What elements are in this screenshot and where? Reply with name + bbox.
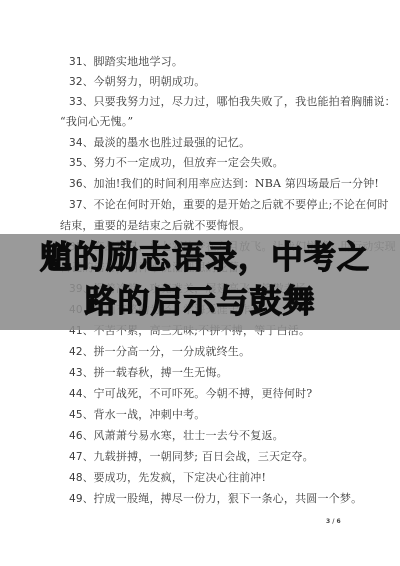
quote-item-42: 42、拼一分高一分，一分成就终生。 — [69, 345, 250, 359]
item-text: 不论在何时开始，重要的是开始之后就不要停止;不论在何时 — [93, 198, 388, 211]
quote-item-32: 32、今朝努力，明朝成功。 — [69, 75, 205, 89]
quote-item-31: 31、脚踏实地地学习。 — [69, 55, 183, 69]
item-number: 35、 — [69, 157, 93, 169]
quote-item-45: 45、背水一战，冲刺中考。 — [69, 408, 205, 422]
item-text: 宁可战死，不可吓死。今朝不搏，更待何时? — [93, 387, 312, 400]
quote-item-37-continuation: 结束，重要的是结束之后就不要悔恨。 — [60, 219, 250, 233]
quote-item-34: 34、最淡的墨水也胜过最强的记忆。 — [69, 136, 250, 150]
item-number: 47、 — [69, 451, 93, 463]
quote-item-33: 33、只要我努力过，尽力过，哪怕我失败了，我也能拍着胸脯说： — [69, 95, 396, 109]
item-text: 风萧萧兮易水寒，壮士一去兮不复返。 — [93, 429, 283, 442]
item-number: 34、 — [69, 137, 93, 149]
item-number: 49、 — [69, 493, 93, 505]
item-text: 加油!我们的时间利用率应达到：NBA 第四场最后一分钟! — [93, 177, 379, 190]
item-text: 最淡的墨水也胜过最强的记忆。 — [93, 136, 250, 149]
quote-item-46: 46、风萧萧兮易水寒，壮士一去兮不复返。 — [69, 429, 284, 443]
overlay-title-line-1: 魈的励志语录，中考之 — [0, 236, 400, 278]
item-text: 拼一分高一分，一分成就终生。 — [93, 345, 250, 358]
item-number: 36、 — [69, 178, 93, 190]
quote-item-48: 48、要成功，先发疯，下定决心往前冲! — [69, 471, 266, 485]
item-text: 只要我努力过，尽力过，哪怕我失败了，我也能拍着胸脯说： — [93, 95, 395, 108]
item-number: 42、 — [69, 346, 93, 358]
quote-item-33-continuation: “我问心无愧。” — [60, 115, 133, 129]
item-text: 拧成一股绳，搏尽一份力，狠下一条心，共圆一个梦。 — [93, 492, 362, 505]
overlay-title-line-2: 路的启示与鼓舞 — [0, 280, 400, 322]
item-text: 拼一载春秋，搏一生无悔。 — [93, 366, 227, 379]
item-text: 要成功，先发疯，下定决心往前冲! — [93, 471, 266, 484]
overlay-title: 魈的励志语录，中考之 路的启示与鼓舞 — [0, 236, 400, 322]
item-number: 45、 — [69, 409, 93, 421]
quote-item-35: 35、努力不一定成功，但放弃一定会失败。 — [69, 156, 284, 170]
page-number: 3 / 6 — [326, 518, 341, 525]
item-number: 48、 — [69, 472, 93, 484]
quote-item-49: 49、拧成一股绳，搏尽一份力，狠下一条心，共圆一个梦。 — [69, 492, 362, 506]
item-number: 44、 — [69, 388, 93, 400]
item-text: 九载拼搏，一朝同梦; 百日会战，三天定夺。 — [93, 450, 313, 463]
item-number: 37、 — [69, 199, 93, 211]
item-number: 31、 — [69, 56, 93, 68]
quote-item-44: 44、宁可战死，不可吓死。今朝不搏，更待何时? — [69, 387, 312, 401]
item-text: 今朝努力，明朝成功。 — [93, 75, 205, 88]
quote-item-47: 47、九载拼搏，一朝同梦; 百日会战，三天定夺。 — [69, 450, 314, 464]
quote-item-37: 37、不论在何时开始，重要的是开始之后就不要停止;不论在何时 — [69, 198, 389, 212]
item-number: 33、 — [69, 96, 93, 108]
item-number: 32、 — [69, 76, 93, 88]
item-text: 脚踏实地地学习。 — [93, 55, 183, 68]
item-text: 背水一战，冲刺中考。 — [93, 408, 205, 421]
item-text: 努力不一定成功，但放弃一定会失败。 — [93, 156, 283, 169]
item-number: 46、 — [69, 430, 93, 442]
item-number: 43、 — [69, 367, 93, 379]
quote-item-36: 36、加油!我们的时间利用率应达到：NBA 第四场最后一分钟! — [69, 177, 379, 191]
quote-item-43: 43、拼一载春秋，搏一生无悔。 — [69, 366, 228, 380]
